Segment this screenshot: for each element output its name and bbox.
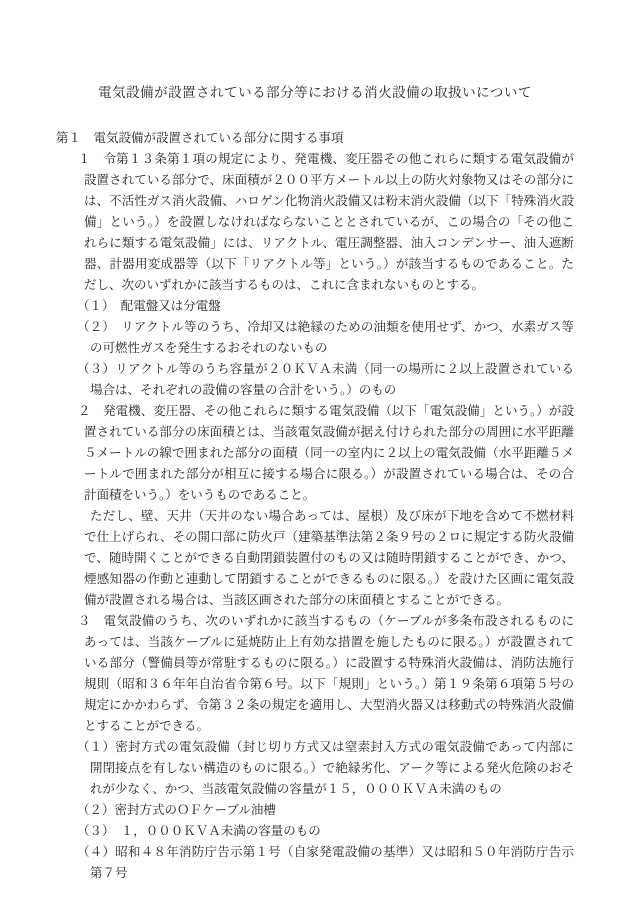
item-1-subitem-3: （３）リアクトル等のうち容量が２０ＫＶＡ未満（同一の場所に２以上設置されている場… <box>56 359 574 401</box>
item-2-paragraph: ２ 発電機、変圧器、その他これらに類する電気設備（以下「電気設備」という。）が設… <box>56 401 574 506</box>
document-title: 電気設備が設置されている部分等における消火設備の取扱いについて <box>56 84 574 101</box>
item-3-subitem-1: （１）密封方式の電気設備（封じ切り方式又は窒素封入方式の電気設備であって内部に開… <box>56 737 574 800</box>
item-2-proviso-paragraph: ただし、壁、天井（天井のない場合あっては、屋根）及び床が下地を含めて不燃材料で仕… <box>56 506 574 611</box>
item-3-subitem-3: （３） １，０００ＫＶＡ未満の容量のもの <box>56 821 574 842</box>
item-1-subitem-2: （２） リアクトル等のうち、冷却又は絶縁のための油類を使用せず、かつ、水素ガス等… <box>56 317 574 359</box>
document-body: 第１ 電気設備が設置されている部分に関する事項 １ 令第１３条第１項の規定により… <box>56 128 574 884</box>
item-3-subitem-4: （４）昭和４８年消防庁告示第１号（自家発電設備の基準）又は昭和５０年消防庁告示第… <box>56 842 574 884</box>
document-page: 電気設備が設置されている部分等における消火設備の取扱いについて 第１ 電気設備が… <box>0 0 630 915</box>
item-1-paragraph: １ 令第１３条第１項の規定により、発電機、変圧器その他これらに類する電気設備が設… <box>56 149 574 296</box>
item-3-paragraph: ３ 電気設備のうち、次のいずれかに該当するもの（ケーブルが多条布設されるものにあ… <box>56 611 574 737</box>
item-3-subitem-2: （２）密封方式のＯＦケーブル油槽 <box>56 800 574 821</box>
item-1-subitem-1: （１） 配電盤又は分電盤 <box>56 296 574 317</box>
section-1-heading: 第１ 電気設備が設置されている部分に関する事項 <box>56 128 574 149</box>
